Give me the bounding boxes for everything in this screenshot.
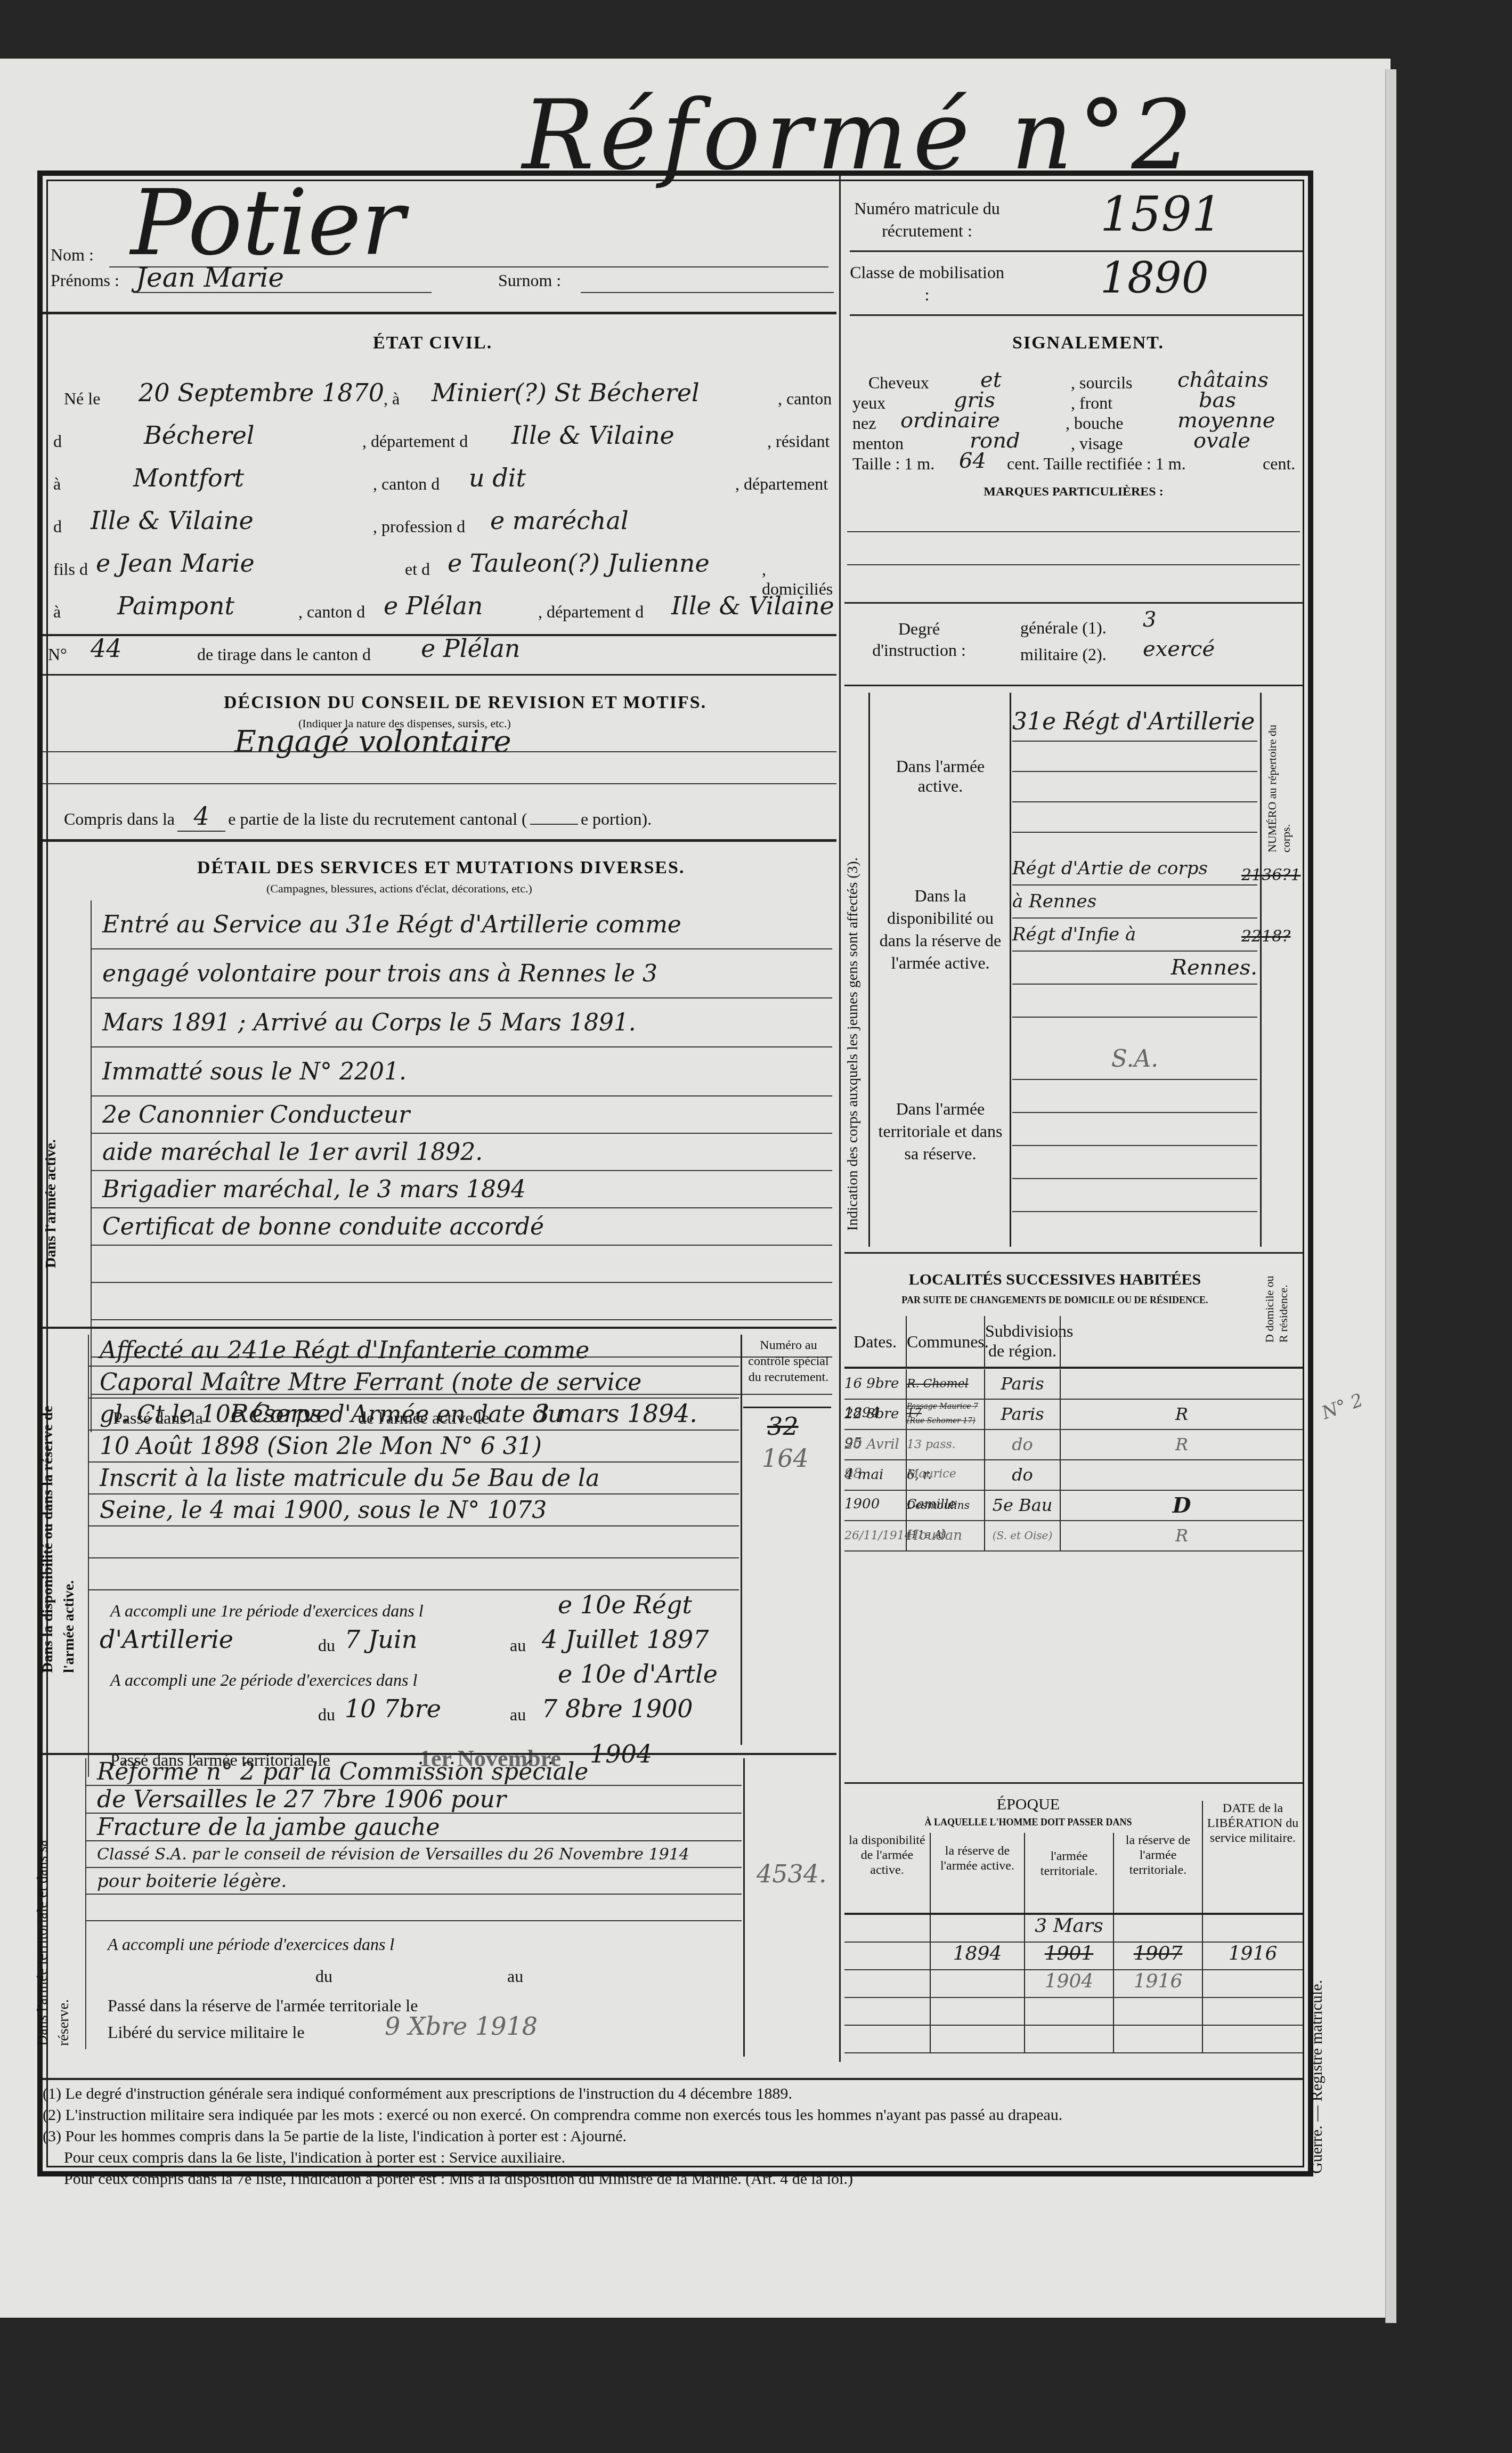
epoque-cell: 1916 [1202, 1943, 1303, 1969]
visage-label: , visage [1071, 434, 1123, 453]
tirage-number: 44 [91, 634, 122, 663]
taille-value: 64 [959, 449, 986, 473]
localite-subdivision: do [984, 1430, 1060, 1459]
localite-subdivision: Paris [984, 1400, 1060, 1429]
numero-matricule-label: Numéro matricule du récrutement : [850, 197, 1004, 242]
service-line: Mars 1891 ; Arrivé au Corps le 5 Mars 18… [92, 998, 832, 1047]
taille-label: Taille : 1 m. [852, 454, 934, 474]
localite-date: 26/11/1914 [844, 1521, 906, 1550]
services-title: DÉTAIL DES SERVICES ET MUTATIONS DIVERSE… [197, 858, 685, 878]
footnote-1: (1) Le degré d'instruction générale sera… [43, 2083, 1300, 2105]
localite-dr: R [1060, 1430, 1303, 1459]
localite-subdivision: do [984, 1460, 1060, 1490]
militaire-label: militaire (2). [1020, 645, 1107, 664]
a-label: , à [384, 389, 400, 409]
epoque-row [844, 2026, 1303, 2053]
periode-terr-row: A accompli une période d'exercices dans … [86, 1921, 742, 1959]
dispo-line: gl. Ct le 10e Corps d'Armée en date du [89, 1399, 739, 1431]
residence-value: Montfort [133, 464, 244, 492]
residence-canton-label: , canton d [373, 474, 440, 494]
terr-line: Classé S.A. par le conseil de révision d… [86, 1841, 742, 1868]
front-label: , front [1071, 393, 1112, 413]
partie-suffix: e partie de la liste du recrutement cant… [228, 809, 527, 829]
localites-row: 16 9bre 1894 R. Chomel 17 Paris [844, 1369, 1303, 1400]
etat-civil-section: Né le 20 Septembre 1870 , à Minier(?) St… [64, 373, 836, 629]
periode-terr-label: A accompli une période d'exercices dans … [108, 1935, 394, 1954]
d-label: d [53, 432, 62, 451]
corps-active-lines: 31e Régt d'Artillerie [1012, 703, 1257, 833]
corps-terr-label: Dans l'armée territoriale et dans sa rés… [874, 1098, 1007, 1165]
periode2-du-label: du [318, 1705, 335, 1725]
terr-side-label: Dans l'armée territoriale et dans sa rés… [32, 1812, 80, 2046]
epoque-cell [844, 1970, 930, 1997]
classe-value: 1890 [1100, 253, 1209, 303]
corps-terr-line [1012, 1080, 1257, 1113]
epoque-cell: 1894 [930, 1943, 1024, 1969]
canton-row: d Bécherel , département d Ille & Vilain… [64, 416, 836, 458]
libere-value: 9 Xbre 1918 [385, 2012, 538, 2041]
periode1-corps-a: e 10e Régt [558, 1590, 692, 1619]
terr-line: Fracture de la jambe gauche [86, 1814, 742, 1841]
epoque-row [844, 1998, 1303, 2026]
corps-numero-header: NUMÉRO au répertoire du corps. [1265, 703, 1293, 852]
portion-value [530, 824, 578, 825]
footnote-3b: Pour ceux compris dans la 6e liste, l'in… [43, 2147, 1300, 2168]
corps-dispo-line [1012, 985, 1257, 1018]
corps-dispo-line: Rennes. [1012, 952, 1257, 985]
bouche-label: , bouche [1066, 413, 1123, 433]
localite-subdivision: 5e Bau [984, 1491, 1060, 1520]
terr-service-lines: Réformé n° 2 par la Commission spéciale … [85, 1758, 742, 2049]
localite-commune: 13 pass. Maurice [906, 1430, 984, 1459]
signalement-section: Cheveux et , sourcils châtains yeux gris… [847, 373, 1300, 565]
militaire-value: exercé [1143, 637, 1215, 661]
generale-label: générale (1). [1020, 618, 1107, 638]
etat-civil-title: ÉTAT CIVIL. [373, 333, 492, 353]
domicile-departement-label: , département d [538, 602, 644, 622]
epoque-cell [844, 1943, 930, 1969]
localite-commune: Desmoulins (11e A) [906, 1491, 984, 1520]
generale-value: 3 [1143, 607, 1156, 632]
localite-date: 16 9bre 1894 [844, 1369, 906, 1399]
epoque-header: la réserve de l'armée active. [930, 1833, 1024, 1913]
corps-numero-2: 2218? [1241, 927, 1290, 946]
cent-label: cent. [1263, 454, 1295, 474]
localites-row: 26/11/1914 Houdan (S. et Oise) R [844, 1521, 1303, 1552]
epoque-row: 1894 1901 1907 1916 [844, 1943, 1303, 1970]
epoque-subtitle: À LAQUELLE L'HOMME DOIT PASSER DANS [852, 1817, 1204, 1828]
localites-rows: 16 9bre 1894 R. Chomel 17 Paris 22 8bre … [844, 1369, 1303, 1552]
service-line: 2e Canonnier Conducteur [92, 1096, 832, 1134]
dispo-line: 10 Août 1898 (Sion 2le Mon N° 6 31) [89, 1431, 739, 1463]
localites-title: LOCALITÉS SUCCESSIVES HABITÉES [852, 1271, 1257, 1289]
corps-dispo-lines: Régt d'Artie de corps à Rennes Régt d'In… [1012, 852, 1257, 1018]
epoque-cell [844, 1915, 930, 1942]
terr-line: de Versailles le 27 7bre 1906 pour [86, 1786, 742, 1814]
epoque-cell [1202, 1970, 1303, 1997]
fils-label: fils d [53, 559, 88, 579]
periode1-du-label: du [318, 1636, 335, 1655]
controle-value: 164 [762, 1444, 809, 1473]
service-line: Certificat de bonne conduite accordé [92, 1208, 832, 1246]
partie-value: 4 [177, 802, 225, 832]
localites-table: Dates. Communes. Subdivisions de région. [844, 1316, 1303, 1369]
compris-label: Compris dans la [64, 809, 175, 829]
localites-row: Desmoulins (11e A) 5e Bau D [844, 1491, 1303, 1521]
residence-departement: Ille & Vilaine [91, 506, 254, 535]
localite-date: 22 8bre 95 [844, 1400, 906, 1429]
residence-dep-d-label: d [53, 517, 62, 537]
tirage-row: N° 44 de tirage dans le canton d e Pléla… [48, 623, 831, 666]
terr-side-number: 4534. [757, 1859, 827, 1888]
localites-subtitle: PAR SUITE DE CHANGEMENTS DE DOMICILE OU … [852, 1295, 1257, 1306]
controle-value-struck: 32 [767, 1412, 799, 1441]
epoque-cell [930, 1915, 1024, 1942]
header-communes: Communes. [906, 1316, 984, 1367]
epoque-cell: 1904 [1024, 1970, 1113, 1997]
periode1-au: 4 Juillet 1897 [542, 1625, 709, 1654]
corps-line [1012, 802, 1257, 833]
frame-side-label: Guerre. — Registre matricule. [1308, 1929, 1326, 2174]
localites-row: 22 8bre 95 Passage Maurice 7 (Rue Schome… [844, 1400, 1303, 1430]
profession-value: e maréchal [490, 506, 629, 535]
epoque-cell-struck: 1907 [1113, 1943, 1202, 1969]
nez-label: nez [852, 413, 876, 433]
dispo-line: Caporal Maître Mtre Ferrant (note de ser… [89, 1367, 739, 1399]
controle-header: Numéro au contrôle spécial du recrutemen… [746, 1337, 831, 1385]
corps-side-label: Indication des corps auxquels les jeunes… [844, 698, 861, 1231]
epoque-header: DATE de la LIBÉRATION du service militai… [1202, 1801, 1303, 1913]
localite-date [844, 1491, 906, 1520]
domicile-row: à Paimpont , canton d e Plélan , départe… [64, 586, 836, 629]
periode2-au-label: au [510, 1705, 526, 1725]
visage-value: ovale [1193, 428, 1250, 453]
corps-dispo-label: Dans la disponibilité ou dans la réserve… [874, 884, 1007, 974]
tirage-no-label: N° [48, 645, 67, 664]
header-subdivisions: Subdivisions de région. [984, 1316, 1060, 1367]
decision-title: DÉCISION DU CONSEIL DE REVISION ET MOTIF… [224, 693, 706, 713]
periode-terr-du-label: du [315, 1967, 332, 1986]
dispo-service-lines: Affecté au 241e Régt d'Infanterie comme … [88, 1335, 739, 1777]
epoque-header: la réserve de l'armée territoriale. [1113, 1833, 1202, 1913]
localites-header-row: Dates. Communes. Subdivisions de région. [844, 1316, 1303, 1369]
departement-label: , département d [362, 432, 468, 451]
corps-terr-line: S.A. [1012, 1039, 1257, 1080]
epoque-table: la disponibilité de l'armée active. la r… [844, 1833, 1303, 2053]
menton-label: menton [852, 434, 904, 453]
tirage-label: de tirage dans le canton d [197, 645, 371, 664]
service-line: Immatté sous le N° 2201. [92, 1047, 832, 1096]
epoque-cell: 1916 [1113, 1970, 1202, 1997]
taille-rectifiee-label: cent. Taille rectifiée : 1 m. [1007, 454, 1186, 474]
menton-row: menton rond , visage ovale [847, 434, 1300, 454]
corps-line: 31e Régt d'Artillerie [1012, 703, 1257, 742]
terr-line: Réformé n° 2 par la Commission spéciale [86, 1758, 742, 1786]
epoque-cell [1202, 1915, 1303, 1942]
dispo-line: Inscrit à la liste matricule du 5e Bau d… [89, 1463, 739, 1494]
localite-dr [1060, 1369, 1303, 1399]
domicile-canton: e Plélan [384, 591, 483, 620]
service-line [92, 1283, 832, 1320]
localite-commune: Passage Maurice 7 (Rue Schomer 17) [906, 1400, 984, 1429]
classe-label: Classe de mobilisation : [850, 261, 1004, 306]
dispo-line [89, 1526, 739, 1558]
birth-date: 20 Septembre 1870 [139, 378, 384, 407]
epoque-header-row: la disponibilité de l'armée active. la r… [844, 1833, 1303, 1915]
decision-motif: Engagé volontaire [234, 725, 511, 759]
dispo-side-label: Dans la disponibilité ou dans la réserve… [37, 1375, 85, 1673]
domicile-canton-label: , canton d [298, 602, 365, 622]
birth-departement: Ille & Vilaine [511, 421, 674, 450]
cheveux-label: Cheveux [868, 373, 929, 393]
residence-row: à Montfort , canton d u dit , départemen… [64, 458, 836, 501]
services-subtitle: (Campagnes, blessures, actions d'éclat, … [266, 882, 532, 896]
libere-row: Libéré du service militaire le 9 Xbre 19… [86, 2017, 742, 2049]
nom-value: Potier [131, 170, 404, 276]
localite-subdivision: Paris [984, 1369, 1060, 1399]
et-de-label: et d [405, 559, 430, 579]
terr-line: pour boiterie légère. [86, 1868, 742, 1895]
periode-terr-dates: du au [86, 1959, 742, 1991]
birth-canton: Bécherel [144, 421, 255, 450]
localites-row: 4 mai 1900 6, r. Camille do [844, 1460, 1303, 1491]
corps-dispo-line: Régt d'Artie de corps [1012, 852, 1257, 886]
prenoms-value: Jean Marie [136, 262, 284, 293]
residence-canton: u dit [469, 464, 526, 492]
page-edge [1385, 69, 1396, 2323]
footnote-2: (2) L'instruction militaire sera indiqué… [43, 2105, 1300, 2126]
corps-terr-lines: S.A. [1012, 1039, 1257, 1212]
surnom-label: Surnom : [498, 271, 561, 290]
epoque-cell [930, 1970, 1024, 1997]
localite-subdivision: (S. et Oise) [984, 1521, 1060, 1550]
prenoms-label: Prénoms : [51, 271, 119, 290]
localite-dr: D [1060, 1491, 1303, 1520]
service-line: Entré au Service au 31e Régt d'Artilleri… [92, 900, 832, 949]
corps-terr-line [1012, 1113, 1257, 1146]
epoque-row: 3 Mars [844, 1915, 1303, 1943]
localites-row: 20 Avril 98 13 pass. Maurice do R [844, 1430, 1303, 1460]
dispo-line [89, 1558, 739, 1590]
active-side-label: Dans l'armée active. [43, 1012, 60, 1268]
corps-active-label: Dans l'armée active. [874, 757, 1007, 796]
localite-dr: R [1060, 1400, 1303, 1429]
residence-a-label: à [53, 474, 61, 494]
residant-label: , résidant [767, 432, 830, 451]
header-dates: Dates. [844, 1316, 906, 1367]
localite-dr [1060, 1460, 1303, 1490]
periode2-corps: e 10e d'Artle [558, 1660, 718, 1688]
epoque-cell: 3 Mars [1024, 1915, 1113, 1942]
reserve-terr-label: Passé dans la réserve de l'armée territo… [108, 1996, 418, 2016]
periode2-label: A accompli une 2e période d'exercices da… [110, 1670, 417, 1690]
birth-row: Né le 20 Septembre 1870 , à Minier(?) St… [64, 373, 836, 416]
footnote-3c: Pour ceux compris dans la 7e liste, l'in… [43, 2168, 1300, 2190]
corps-numero-1: 2136?1 [1241, 866, 1301, 884]
corps-terr-line [1012, 1146, 1257, 1179]
domicile-departement: Ille & Vilaine [671, 591, 834, 620]
taille-row: Taille : 1 m. 64 cent. Taille rectifiée … [847, 454, 1300, 474]
corps-dispo-line: Régt d'Infie à [1012, 919, 1257, 952]
corps-line [1012, 772, 1257, 802]
profession-label: , profession d [373, 517, 465, 537]
localite-commune: R. Chomel 17 [906, 1369, 984, 1399]
canton-label: , canton [778, 389, 832, 409]
footnotes: (1) Le degré d'instruction générale sera… [43, 2083, 1300, 2190]
compris-row: Compris dans la 4 e partie de la liste d… [64, 802, 810, 832]
localite-date: 20 Avril 98 [844, 1430, 906, 1459]
numero-matricule-value: 1591 [1100, 186, 1222, 242]
service-line: engagé volontaire pour trois ans à Renne… [92, 949, 832, 998]
service-line: aide maréchal le 1er avril 1892. [92, 1134, 832, 1171]
nom-label: Nom : [51, 245, 94, 265]
signalement-title: SIGNALEMENT. [1012, 333, 1164, 353]
periode1-label: A accompli une 1re période d'exercices d… [110, 1601, 424, 1621]
periode2-au: 7 8bre 1900 [542, 1694, 693, 1723]
periode1-au-label: au [510, 1636, 526, 1655]
service-line [92, 1246, 832, 1283]
sourcils-label: , sourcils [1071, 373, 1133, 393]
birth-place: Minier(?) St Bécherel [432, 378, 700, 407]
instruction-section: Degré d'instruction : générale (1). 3 mi… [844, 607, 1303, 671]
mother-name: e Tauleon(?) Julienne [448, 549, 710, 578]
father-name: e Jean Marie [96, 549, 255, 578]
ne-le-label: Né le [64, 389, 100, 409]
service-line: Brigadier maréchal, le 3 mars 1894 [92, 1171, 832, 1208]
domicile-value: Paimpont [117, 591, 234, 620]
epoque-title: ÉPOQUE [852, 1796, 1204, 1814]
epoque-header: l'armée territoriale. [1024, 1833, 1113, 1913]
dispo-line: Seine, le 4 mai 1900, sous le N° 1073 [89, 1494, 739, 1526]
localite-commune: 6, r. Camille [906, 1460, 984, 1490]
libere-label: Libéré du service militaire le [108, 2022, 305, 2042]
corps-terr-line [1012, 1179, 1257, 1212]
residence-departement-label: , département [735, 474, 828, 494]
terr-line [86, 1895, 742, 1921]
epoque-cell-struck: 1901 [1024, 1943, 1113, 1969]
marques-title: MARQUES PARTICULIÈRES : [847, 485, 1300, 499]
parents-row: fils d e Jean Marie et d e Tauleon(?) Ju… [64, 543, 836, 586]
yeux-label: yeux [852, 393, 885, 413]
domicile-a-label: à [53, 602, 61, 622]
instruction-label: Degré d'instruction : [866, 618, 972, 661]
prenoms-row: Prénoms : Jean Marie Surnom : [51, 266, 834, 298]
footnote-3: (3) Pour les hommes compris dans la 5e p… [43, 2126, 1300, 2147]
epoque-row: 1904 1916 [844, 1970, 1303, 1998]
periodes: A accompli une 1re période d'exercices d… [89, 1590, 739, 1740]
periode-terr-au-label: au [507, 1967, 523, 1986]
dispo-line: Affecté au 241e Régt d'Infanterie comme [89, 1335, 739, 1367]
portion-suffix: e portion). [581, 809, 652, 829]
periode1-du: 7 Juin [345, 1625, 417, 1654]
corps-line [1012, 742, 1257, 772]
localite-date: 4 mai 1900 [844, 1460, 906, 1490]
localite-dr: R [1060, 1521, 1303, 1550]
epoque-header: la disponibilité de l'armée active. [844, 1833, 930, 1913]
periode2-du: 10 7bre [345, 1694, 441, 1723]
profession-row: d Ille & Vilaine , profession d e maréch… [64, 501, 836, 543]
periode1-corps-b: d'Artillerie [100, 1625, 233, 1654]
epoque-cell [1113, 1915, 1202, 1942]
localite-commune: Houdan [906, 1521, 984, 1550]
corps-dispo-line: à Rennes [1012, 886, 1257, 919]
tirage-canton: e Plélan [421, 634, 521, 663]
